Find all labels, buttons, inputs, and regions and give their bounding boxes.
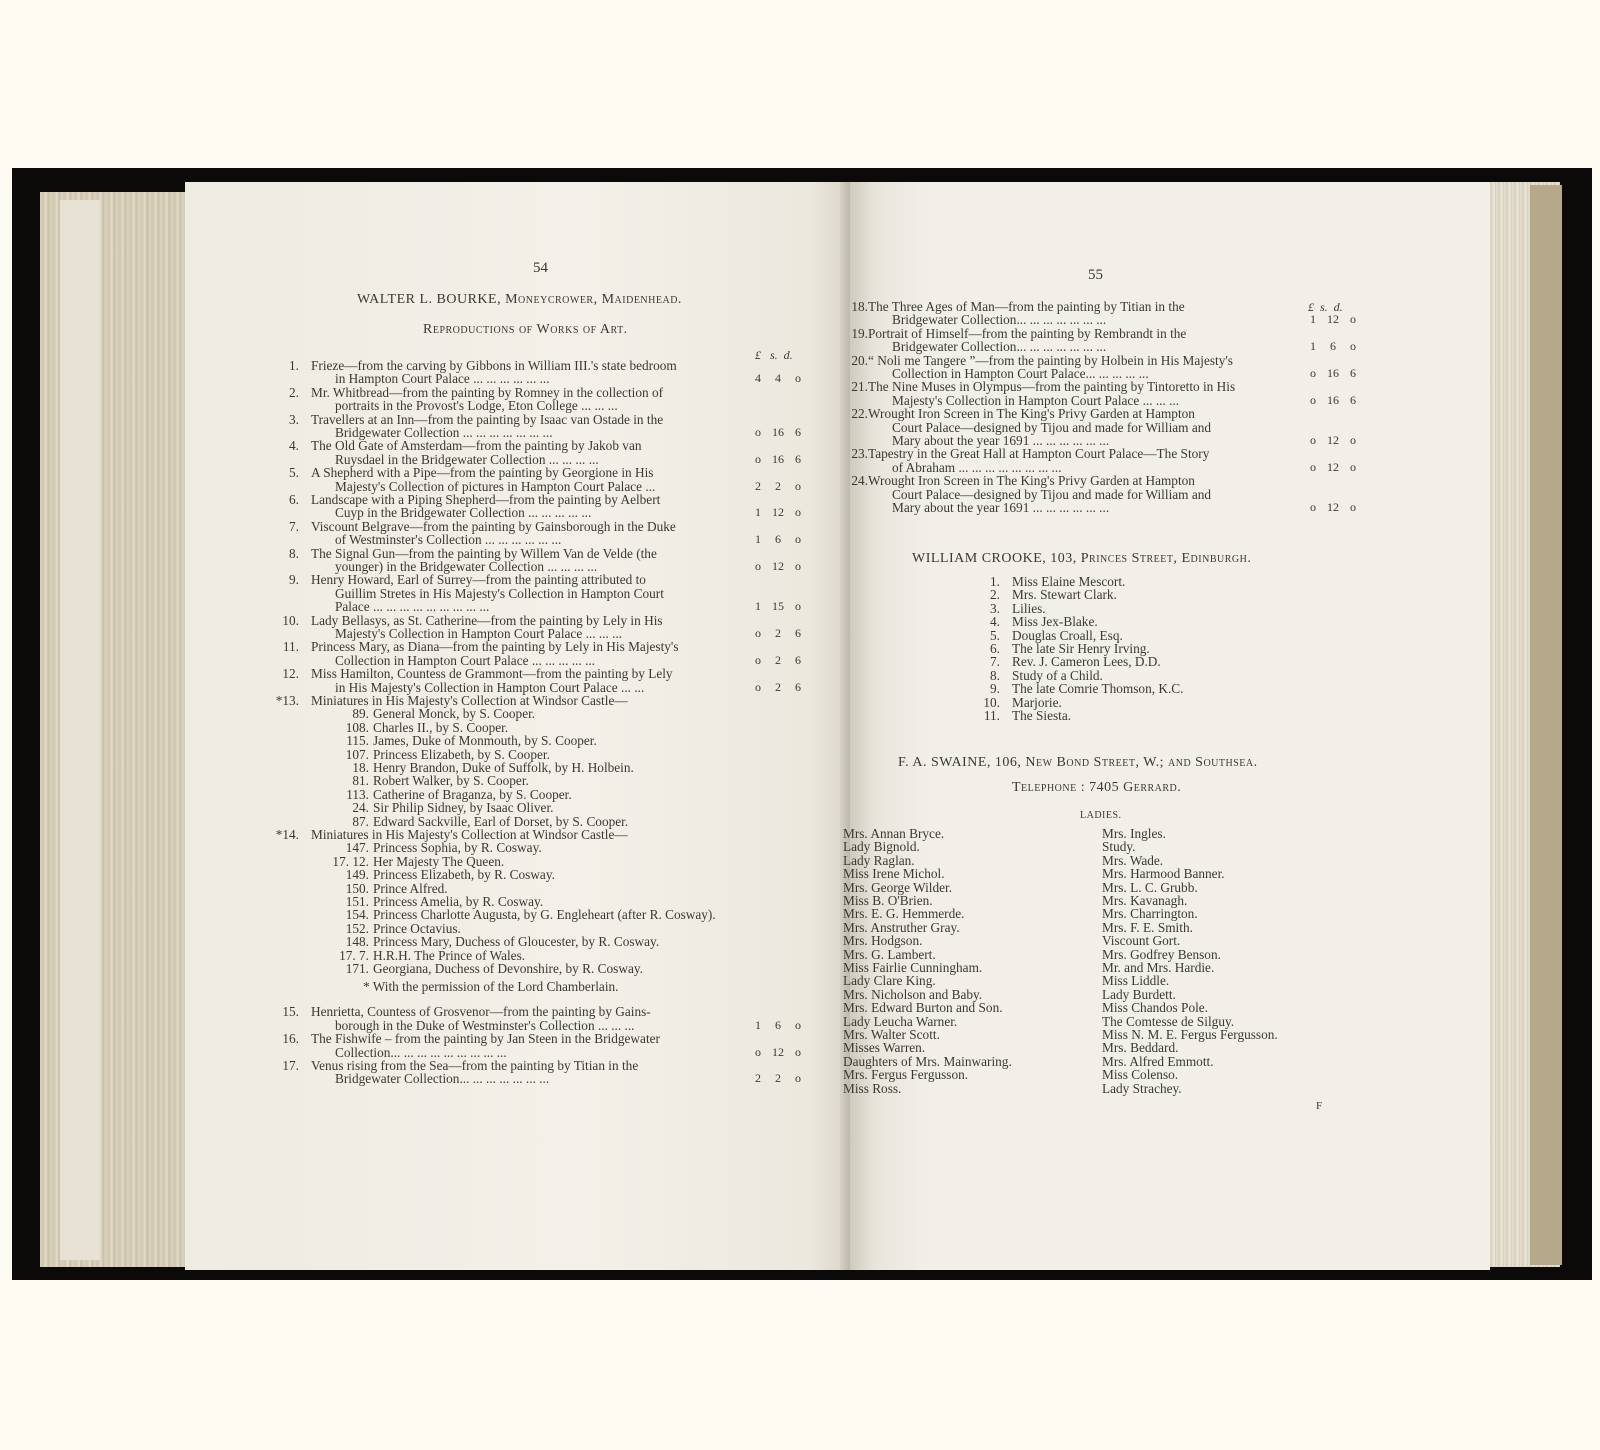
price-pence: o	[1343, 340, 1363, 354]
item-number: 12.	[269, 667, 299, 681]
item-source: portraits in the Provost's Lodge, Eton C…	[335, 399, 618, 413]
price-pence: o	[788, 1046, 808, 1060]
miniature-number: 149.	[319, 868, 369, 882]
item-number: 22.	[838, 407, 868, 421]
entry-number: 4.	[970, 615, 1000, 629]
price-pounds: o	[1303, 367, 1323, 381]
entry-title: Rev. J. Cameron Lees, D.D.	[1012, 655, 1161, 669]
price-shillings: 2	[768, 1072, 788, 1086]
entry-number: 9.	[970, 682, 1000, 696]
price-shillings: 12	[1323, 501, 1343, 515]
sitter-name: Miss Chandos Pole.	[1102, 1001, 1208, 1015]
exhibitor-location: Moneycrower, Maidenhead.	[505, 292, 682, 307]
item-number: 15.	[269, 1005, 299, 1019]
item-number: 3.	[269, 413, 299, 427]
item-price: o12o	[748, 1046, 808, 1060]
price-pence: o	[1343, 434, 1363, 448]
item-source: Cuyp in the Bridgewater Collection ... .…	[335, 506, 591, 520]
sitter-name: Study.	[1102, 840, 1136, 854]
sitter-name: Misses Warren.	[843, 1041, 925, 1055]
item-price: 115o	[748, 600, 808, 614]
miniature-number: 154.	[319, 908, 369, 922]
entry-number: 2.	[970, 588, 1000, 602]
section-title: Reproductions of Works of Art.	[423, 322, 628, 338]
price-shillings: 12	[768, 1046, 788, 1060]
miniature-number: 148.	[319, 935, 369, 949]
item-price: 16o	[748, 533, 808, 547]
price-pence: o	[788, 600, 808, 614]
miniature-number: 171.	[319, 962, 369, 976]
item-price: o26	[748, 627, 808, 641]
miniature-number: 24.	[319, 801, 369, 815]
price-pounds: 1	[1303, 313, 1323, 327]
item-price: o26	[748, 681, 808, 695]
item-title: The Fishwife – from the painting by Jan …	[311, 1032, 660, 1046]
sitter-name: Miss Irene Michol.	[843, 867, 945, 881]
price-pence: 6	[1343, 394, 1363, 408]
miniature-title: General Monck, by S. Cooper.	[373, 707, 535, 721]
price-pounds: o	[748, 426, 768, 440]
sitter-name: Mrs. E. G. Hemmerde.	[843, 907, 965, 921]
miniature-title: Princess Sophia, by R. Cosway.	[373, 841, 542, 855]
entry-title: The Siesta.	[1012, 709, 1071, 723]
item-number: 4.	[269, 439, 299, 453]
price-pounds: 1	[748, 533, 768, 547]
item-number: 5.	[269, 466, 299, 480]
item-number: 24.	[838, 474, 868, 488]
sitter-name: Miss Colenso.	[1102, 1068, 1178, 1082]
price-header: £ s. d.	[755, 348, 793, 363]
item-source: Bridgewater Collection... ... ... ... ..…	[892, 313, 1106, 327]
item-price: 22o	[748, 480, 808, 494]
sitter-name: Mrs. Harmood Banner.	[1102, 867, 1225, 881]
sitter-name: Lady Strachey.	[1102, 1082, 1182, 1096]
item-number: 16.	[269, 1032, 299, 1046]
price-shillings: 2	[768, 681, 788, 695]
miniature-number: 147.	[319, 841, 369, 855]
miniature-title: Georgiana, Duchess of Devonshire, by R. …	[373, 962, 643, 976]
price-pence: 6	[788, 681, 808, 695]
price-pounds: o	[748, 560, 768, 574]
price-pounds: o	[748, 654, 768, 668]
price-shillings: 6	[1323, 340, 1343, 354]
item-title: The Nine Muses in Olympus—from the paint…	[868, 380, 1235, 394]
price-pence: 6	[788, 453, 808, 467]
price-shillings: 12	[768, 560, 788, 574]
item-title: A Shepherd with a Pipe—from the painting…	[311, 466, 653, 480]
price-pounds: 4	[748, 372, 768, 386]
item-number: 21.	[838, 380, 868, 394]
item-price: o166	[748, 453, 808, 467]
item-price: o12o	[1303, 434, 1363, 448]
sitter-name: Lady Bignold.	[843, 840, 920, 854]
miniature-title: Princess Mary, Duchess of Gloucester, by…	[373, 935, 659, 949]
right-page: 55 £ s. d. 18.The Three Ages of Man—from…	[850, 182, 1490, 1270]
price-pounds: 2	[748, 480, 768, 494]
miniature-title: Princess Elizabeth, by R. Cosway.	[373, 868, 555, 882]
price-shillings: 12	[768, 506, 788, 520]
item-title: The Old Gate of Amsterdam—from the paint…	[311, 439, 642, 453]
miniature-title: Sir Philip Sidney, by Isaac Oliver.	[373, 801, 553, 815]
price-pounds: 1	[748, 506, 768, 520]
price-pounds: o	[748, 681, 768, 695]
item-title: Miss Hamilton, Countess de Grammont—from…	[311, 667, 673, 681]
item-number: 6.	[269, 493, 299, 507]
left-page-edge-highlight	[60, 200, 100, 1260]
price-pounds: o	[748, 1046, 768, 1060]
page-number: 55	[1088, 267, 1103, 284]
price-pence: o	[788, 506, 808, 520]
swaine-telephone: Telephone : 7405 Gerrard.	[1012, 780, 1181, 796]
item-price: o26	[748, 654, 808, 668]
price-pence: 6	[788, 654, 808, 668]
item-number: 23.	[838, 447, 868, 461]
price-pence: 6	[1343, 367, 1363, 381]
sitter-name: Mrs. Edward Burton and Son.	[843, 1001, 1003, 1015]
price-pounds: o	[1303, 501, 1323, 515]
item-source: of Westminster's Collection ... ... ... …	[335, 533, 561, 547]
right-cover-edge	[1530, 185, 1562, 1265]
price-pence: o	[788, 1072, 808, 1086]
exhibitor-heading: WALTER L. BOURKE, Moneycrower, Maidenhea…	[357, 292, 682, 308]
miniature-title: Princess Charlotte Augusta, by G. Engleh…	[373, 908, 716, 922]
exhibitor-name: WALTER L. BOURKE,	[357, 292, 501, 307]
item-title: Wrought Iron Screen in The King's Privy …	[868, 407, 1195, 421]
price-pounds: 1	[748, 1019, 768, 1033]
price-shillings: 2	[768, 627, 788, 641]
entry-number: 11.	[970, 709, 1000, 723]
item-price: 22o	[748, 1072, 808, 1086]
item-price: 16o	[1303, 340, 1363, 354]
item-price: o12o	[1303, 461, 1363, 475]
price-pence: o	[788, 533, 808, 547]
item-price: o12o	[748, 560, 808, 574]
price-pence: o	[788, 560, 808, 574]
item-number: *13.	[263, 694, 299, 708]
sitter-name: Miss Ross.	[843, 1082, 901, 1096]
price-pounds: 1	[1303, 340, 1323, 354]
price-pence: o	[1343, 313, 1363, 327]
page-number: 54	[533, 260, 548, 277]
item-title: Henry Howard, Earl of Surrey—from the pa…	[311, 573, 646, 587]
left-page: 54 WALTER L. BOURKE, Moneycrower, Maiden…	[185, 182, 850, 1270]
price-shillings: 12	[1323, 313, 1343, 327]
item-number: 11.	[269, 640, 299, 654]
price-pounds: o	[1303, 394, 1323, 408]
price-pounds: o	[1303, 434, 1323, 448]
miniature-number: 115.	[319, 734, 369, 748]
item-number: 20.	[838, 354, 868, 368]
item-number: 19.	[838, 327, 868, 341]
price-shillings: 16	[1323, 394, 1343, 408]
item-price: 112o	[748, 506, 808, 520]
item-source-cont: Palace ... ... ... ... ... ... ... ... .…	[335, 600, 489, 614]
price-pence: o	[1343, 501, 1363, 515]
item-price: o166	[1303, 367, 1363, 381]
ladies-subheading: LADIES.	[1080, 810, 1122, 821]
price-pence: o	[788, 372, 808, 386]
sitter-name: Miss Liddle.	[1102, 974, 1169, 988]
price-pence: 6	[788, 426, 808, 440]
item-source-cont: Mary about the year 1691 ... ... ... ...…	[892, 501, 1109, 515]
price-shillings: 15	[768, 600, 788, 614]
price-pounds: 2	[748, 1072, 768, 1086]
item-title: Henrietta, Countess of Grosvenor—from th…	[311, 1005, 651, 1019]
item-price: o166	[1303, 394, 1363, 408]
price-pounds: o	[748, 627, 768, 641]
item-number: 10.	[269, 614, 299, 628]
price-pence: o	[788, 1019, 808, 1033]
sitter-name: Mrs. Fergus Fergusson.	[843, 1068, 968, 1082]
price-pence: o	[788, 480, 808, 494]
item-source: Bridgewater Collection... ... ... ... ..…	[335, 1072, 549, 1086]
item-price: o166	[748, 426, 808, 440]
item-number: 1.	[269, 359, 299, 373]
price-shillings: 12	[1323, 461, 1343, 475]
item-number: *14.	[263, 828, 299, 842]
price-shillings: 4	[768, 372, 788, 386]
item-price: 44o	[748, 372, 808, 386]
item-number: 9.	[269, 573, 299, 587]
price-shillings: 2	[768, 480, 788, 494]
item-title: Tapestry in the Great Hall at Hampton Co…	[868, 447, 1209, 461]
item-price: 112o	[1303, 313, 1363, 327]
price-shillings: 16	[768, 426, 788, 440]
entry-title: Mrs. Stewart Clark.	[1012, 588, 1117, 602]
entry-title: The late Comrie Thomson, K.C.	[1012, 682, 1183, 696]
price-shillings: 6	[768, 533, 788, 547]
signature-mark: F	[1316, 1100, 1322, 1112]
swaine-heading: F. A. SWAINE, 106, New Bond Street, W.; …	[898, 755, 1258, 771]
price-pence: 6	[788, 627, 808, 641]
crooke-heading: WILLIAM CROOKE, 103, Princes Street, Edi…	[912, 551, 1251, 567]
item-number: 7.	[269, 520, 299, 534]
price-pounds: 1	[748, 600, 768, 614]
item-number: 8.	[269, 547, 299, 561]
entry-title: Miss Jex-Blake.	[1012, 615, 1098, 629]
sitter-name: Lady Clare King.	[843, 974, 936, 988]
price-pence: o	[1343, 461, 1363, 475]
sitter-name: Mrs. Charrington.	[1102, 907, 1198, 921]
miniature-number: 81.	[319, 774, 369, 788]
miniature-title: Robert Walker, by S. Cooper.	[373, 774, 529, 788]
sitter-name: Mrs. Beddard.	[1102, 1041, 1178, 1055]
item-price: o12o	[1303, 501, 1363, 515]
footnote: * With the permission of the Lord Chambe…	[363, 980, 619, 994]
sitter-name: Mrs. Hodgson.	[843, 934, 922, 948]
item-number: 18.	[838, 300, 868, 314]
price-shillings: 6	[768, 1019, 788, 1033]
price-pounds: o	[748, 453, 768, 467]
price-shillings: 2	[768, 654, 788, 668]
item-number: 2.	[269, 386, 299, 400]
sitter-name: Viscount Gort.	[1102, 934, 1180, 948]
price-shillings: 12	[1323, 434, 1343, 448]
miniature-title: James, Duke of Monmouth, by S. Cooper.	[373, 734, 597, 748]
item-title: Princess Mary, as Diana—from the paintin…	[311, 640, 679, 654]
price-shillings: 16	[768, 453, 788, 467]
entry-number: 7.	[970, 655, 1000, 669]
price-shillings: 16	[1323, 367, 1343, 381]
price-pounds: o	[1303, 461, 1323, 475]
item-source: Bridgewater Collection... ... ... ... ..…	[892, 340, 1106, 354]
item-price: 16o	[748, 1019, 808, 1033]
item-source: in Hampton Court Palace ... ... ... ... …	[335, 372, 550, 386]
item-number: 17.	[269, 1059, 299, 1073]
item-title: Wrought Iron Screen in The King's Privy …	[868, 474, 1195, 488]
miniature-number: 89.	[319, 707, 369, 721]
